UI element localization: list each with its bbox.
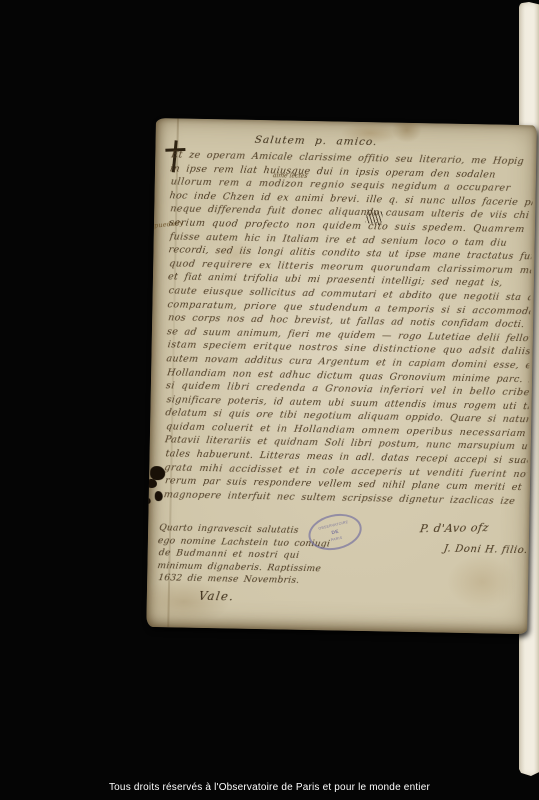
letter-closing: Quarto ingravescit salutatisego nomine L… [157, 522, 330, 588]
archive-photo-viewer: Salutem p. amico. puedady aime lectes Et… [0, 0, 539, 800]
signature-line-1: P. d'Avo ofz [419, 521, 490, 535]
closing-line: 1632 die mense Novembris. [157, 573, 331, 589]
paper-stain [447, 554, 518, 610]
letter-body: Et ze operam Amicale clarissime offitio … [164, 148, 534, 508]
signature-line-2: J. Doni H. filio. [443, 544, 529, 557]
copyright-caption: Tous droits réservés à l'Observatoire de… [0, 782, 539, 796]
vale-farewell: Vale. [198, 589, 236, 604]
manuscript-page: Salutem p. amico. puedady aime lectes Et… [146, 118, 537, 634]
stamp-text-middle: DE [331, 529, 339, 535]
stamp-text-bottom: PARIS [331, 536, 343, 542]
letter-salutation: Salutem p. amico. [155, 132, 477, 150]
ink-blot [146, 464, 172, 508]
